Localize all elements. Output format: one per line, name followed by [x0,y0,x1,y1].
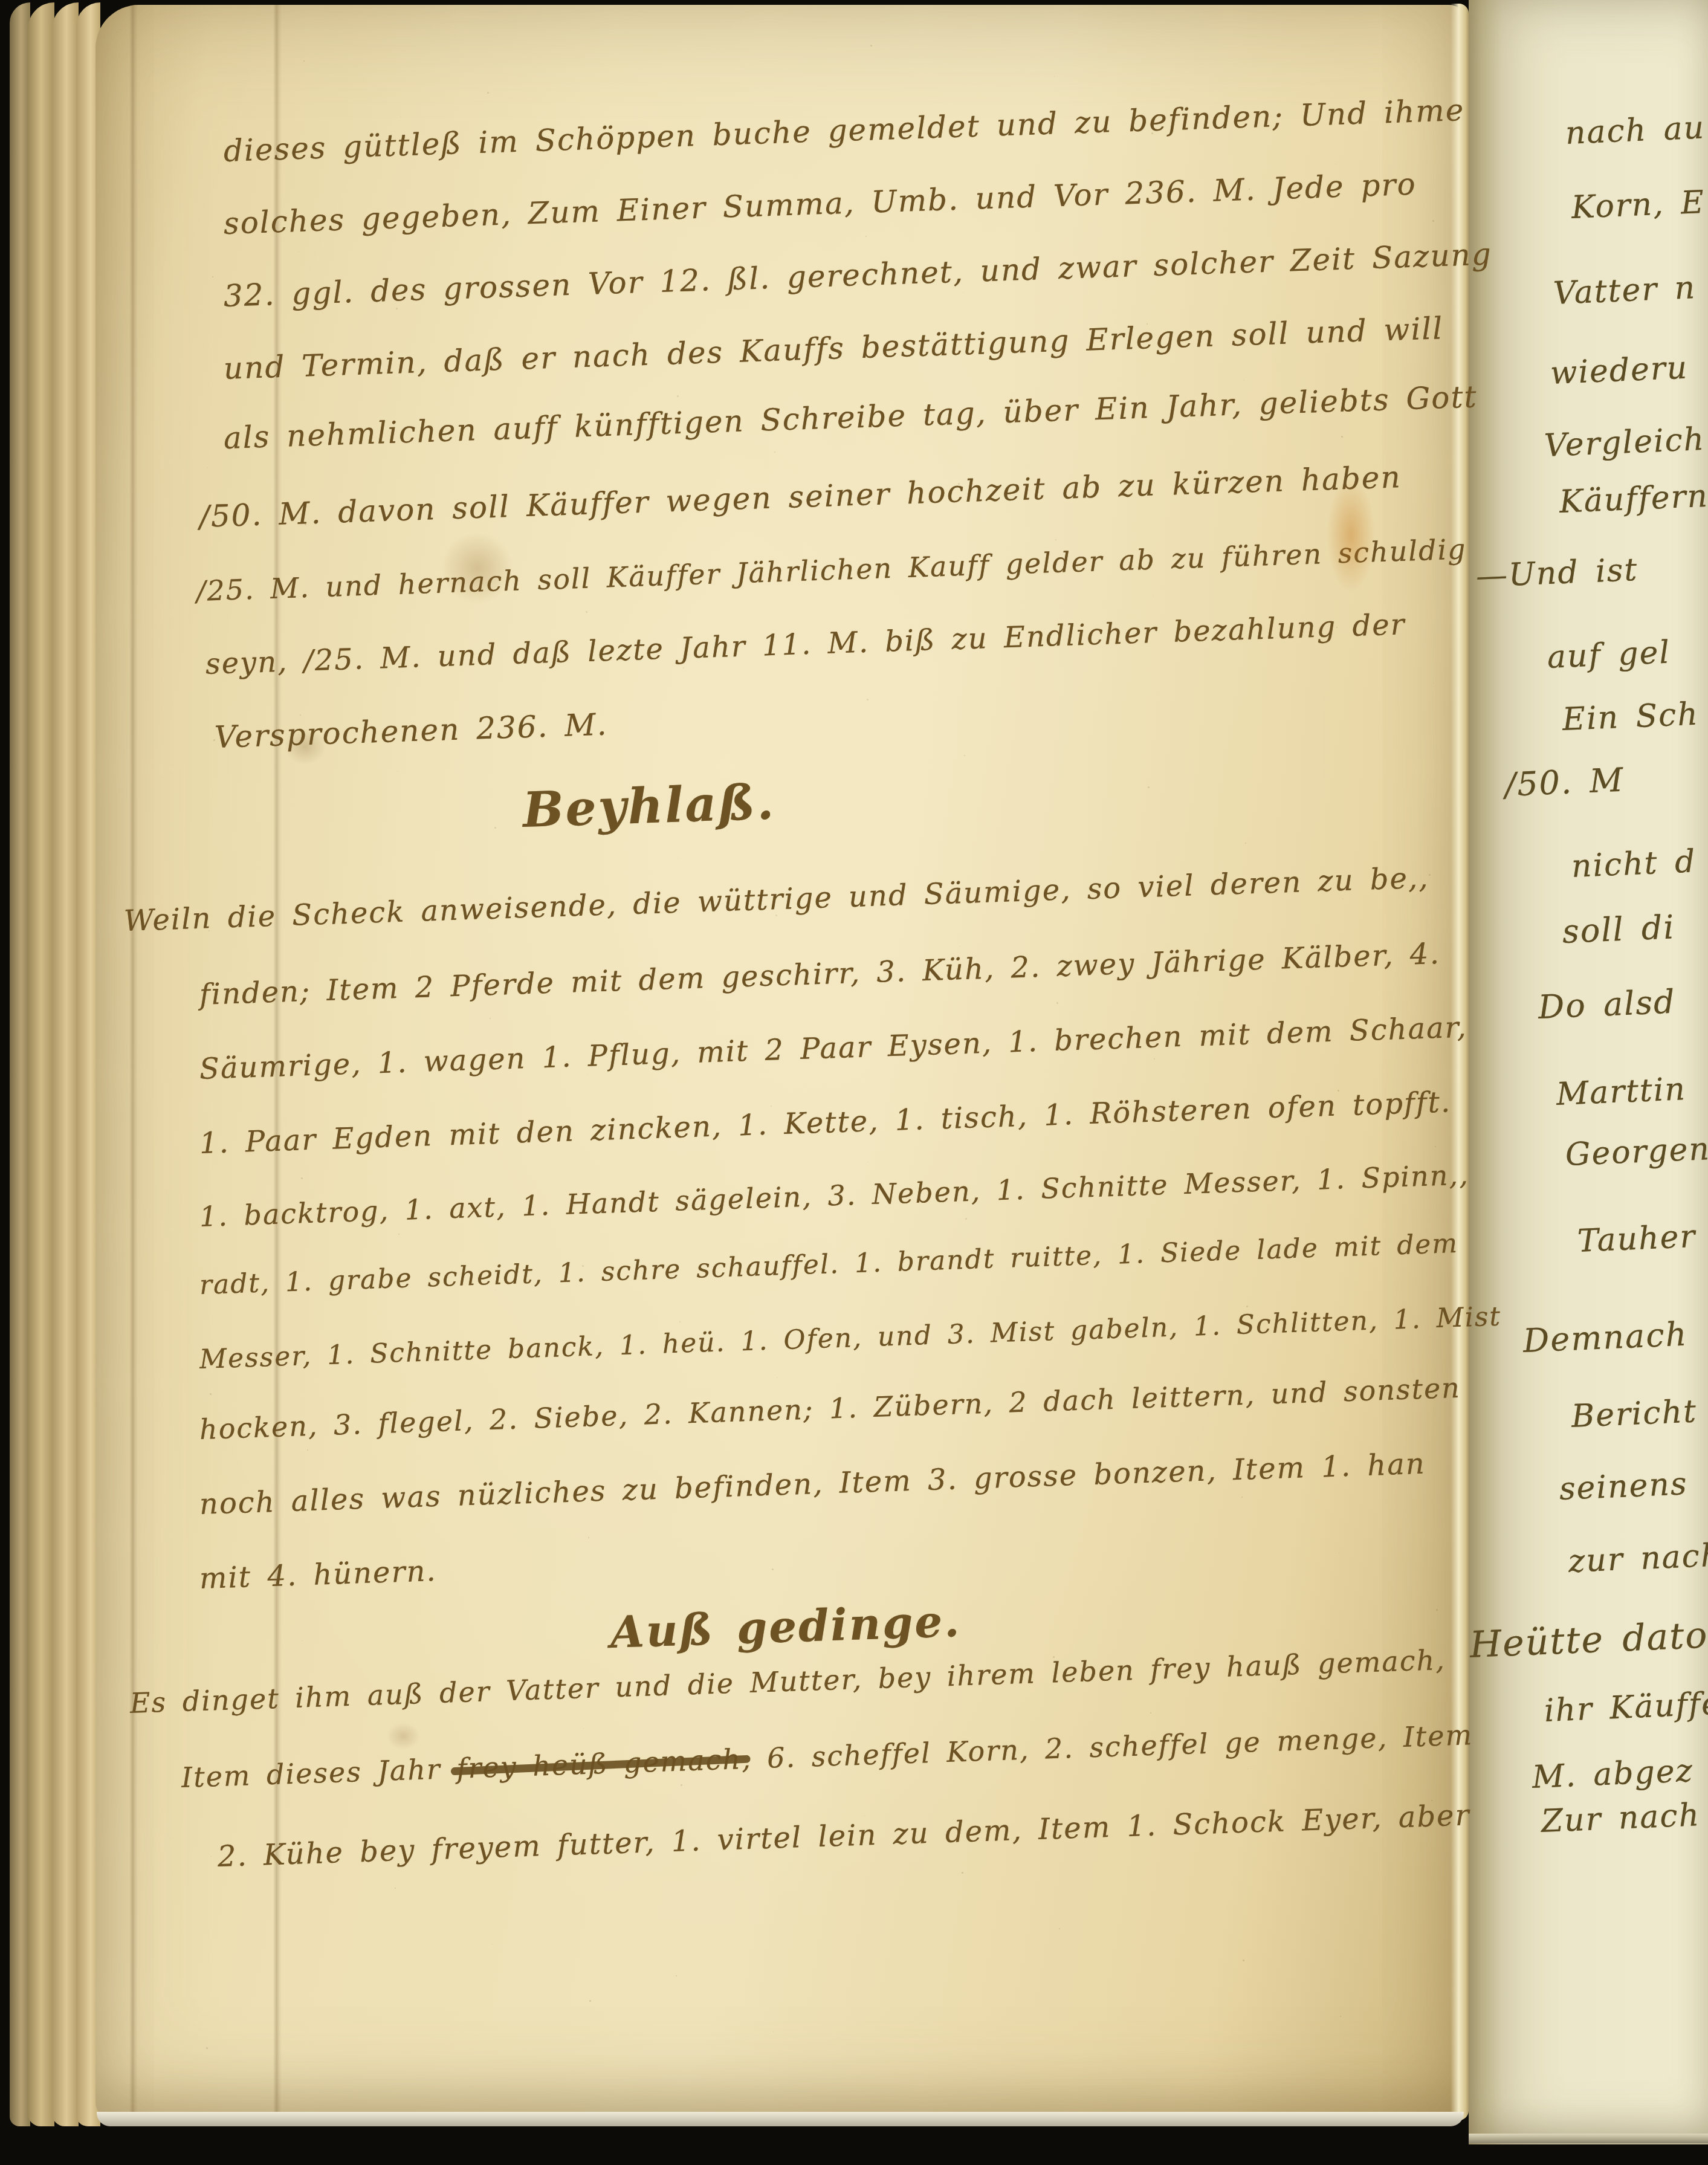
page-crease [129,5,138,2120]
paper-speck [398,1234,400,1235]
text-line: —Und ist [1475,554,1638,592]
text-line: Georgen [1565,1133,1708,1171]
paper-speck [864,1816,865,1816]
text-line: nicht d [1571,846,1697,882]
paper-speck [586,611,587,613]
paper-speck [588,1537,589,1538]
paper-speck [965,1218,967,1220]
text-line: Zur nach [1541,1799,1701,1837]
paper-speck [1055,539,1056,540]
paper-speck [1335,164,1336,164]
text-line: Ein Sch [1562,699,1700,736]
paper-speck [301,1177,303,1179]
paper-speck [1148,786,1150,788]
section-heading: Beyhlaß. [522,777,776,834]
text-line: ihr Käuffe [1544,1688,1708,1727]
paper-speck [303,60,305,62]
paper-speck [395,1888,396,1889]
text-line: Tauher [1577,1221,1697,1257]
text-line: mit 4. hünern. [199,1556,437,1593]
text-line: Käuffern [1559,481,1708,518]
text-line: nach au [1565,112,1706,149]
paper-speck [1341,436,1343,438]
paper-speck [494,827,496,829]
text-line: Marttin [1556,1073,1687,1110]
paper-speck [300,714,301,716]
paper-speck [676,1975,677,1976]
section-heading: Auß gedinge. [610,1599,962,1654]
paper-speck [207,467,208,468]
book-bottom-edge [97,2112,1464,2126]
paper-speck [774,451,775,453]
book-bottom-edge [1469,2134,1708,2143]
paper-speck [401,117,401,117]
text-line: Do alsd [1538,985,1677,1023]
paper-speck [587,1074,587,1075]
text-line: zur nach [1568,1539,1708,1578]
paper-speck [487,92,489,94]
paper-speck [397,771,398,771]
paper-speck [681,1784,682,1786]
paper-speck [1339,1553,1339,1553]
paper-speck [868,1162,869,1162]
paper-speck [212,276,213,277]
paper-speck [1342,899,1343,899]
paper-speck [1154,1058,1155,1060]
paper-speck [1436,1609,1438,1611]
text-line: auf gel [1547,636,1671,673]
paper-speck [867,699,869,701]
paper-speck [1241,1497,1243,1498]
paper-speck [683,667,684,668]
paper-speck [206,2047,208,2049]
text-line: /50. M [1504,764,1625,801]
paper-speck [1059,1928,1060,1929]
paper-speck [773,2031,774,2032]
paper-speck [870,45,872,47]
paper-speck [589,2000,591,2002]
paper-speck [583,1728,584,1729]
paper-speck [1243,1960,1244,1961]
paper-speck [1247,1769,1248,1769]
paper-speck [865,236,867,237]
text-line: Bericht [1571,1396,1698,1432]
text-line: Demnach [1522,1318,1688,1358]
paper-speck [959,946,960,947]
paper-speck [210,1393,212,1395]
paper-speck [1054,76,1055,77]
page-stack-edge [52,2,79,2126]
paper-speck [492,1944,493,1944]
paper-speck [1430,1337,1431,1338]
paper-speck [299,251,299,252]
paper-speck [1150,1712,1151,1714]
page-stack-edge [10,2,30,2126]
text-line: Vatter n [1553,272,1697,309]
paper-speck [488,555,489,555]
paper-speck [1056,1002,1058,1004]
paper-speck [1432,220,1434,222]
paper-speck [211,1856,212,1857]
text-line: M. abgez [1532,1755,1694,1793]
paper-speck [1244,380,1244,380]
paper-speck [677,395,679,397]
text-line: seinens [1559,1468,1689,1505]
paper-speck [120,29,120,30]
paper-speck [772,1568,774,1570]
text-line: Korn, E [1571,187,1706,224]
text-line: soll di [1562,911,1676,948]
paper-speck [964,755,965,756]
paper-speck [307,1449,308,1451]
paper-speck [679,1321,681,1322]
text-line: wiederu [1550,352,1689,389]
paper-speck [1246,1306,1248,1307]
book-photo: dieses güttleß im Schöppen buche gemelde… [0,0,1708,2165]
paper-speck [1153,595,1153,596]
paper-speck [963,292,963,293]
paper-speck [302,1640,303,1641]
paper-speck [678,858,679,859]
paper-speck [962,1872,963,1874]
paper-speck [771,1105,772,1107]
paper-speck [490,1018,491,1019]
paper-speck [1340,2016,1341,2017]
text-line: Vergleich [1544,424,1706,462]
paper-speck [1245,843,1246,844]
paper-speck [777,1377,777,1378]
paper-speck [1434,683,1434,684]
page-stack-edge [28,2,54,2126]
text-line: Heütte dato [1469,1617,1708,1663]
paper-speck [1435,1146,1436,1147]
